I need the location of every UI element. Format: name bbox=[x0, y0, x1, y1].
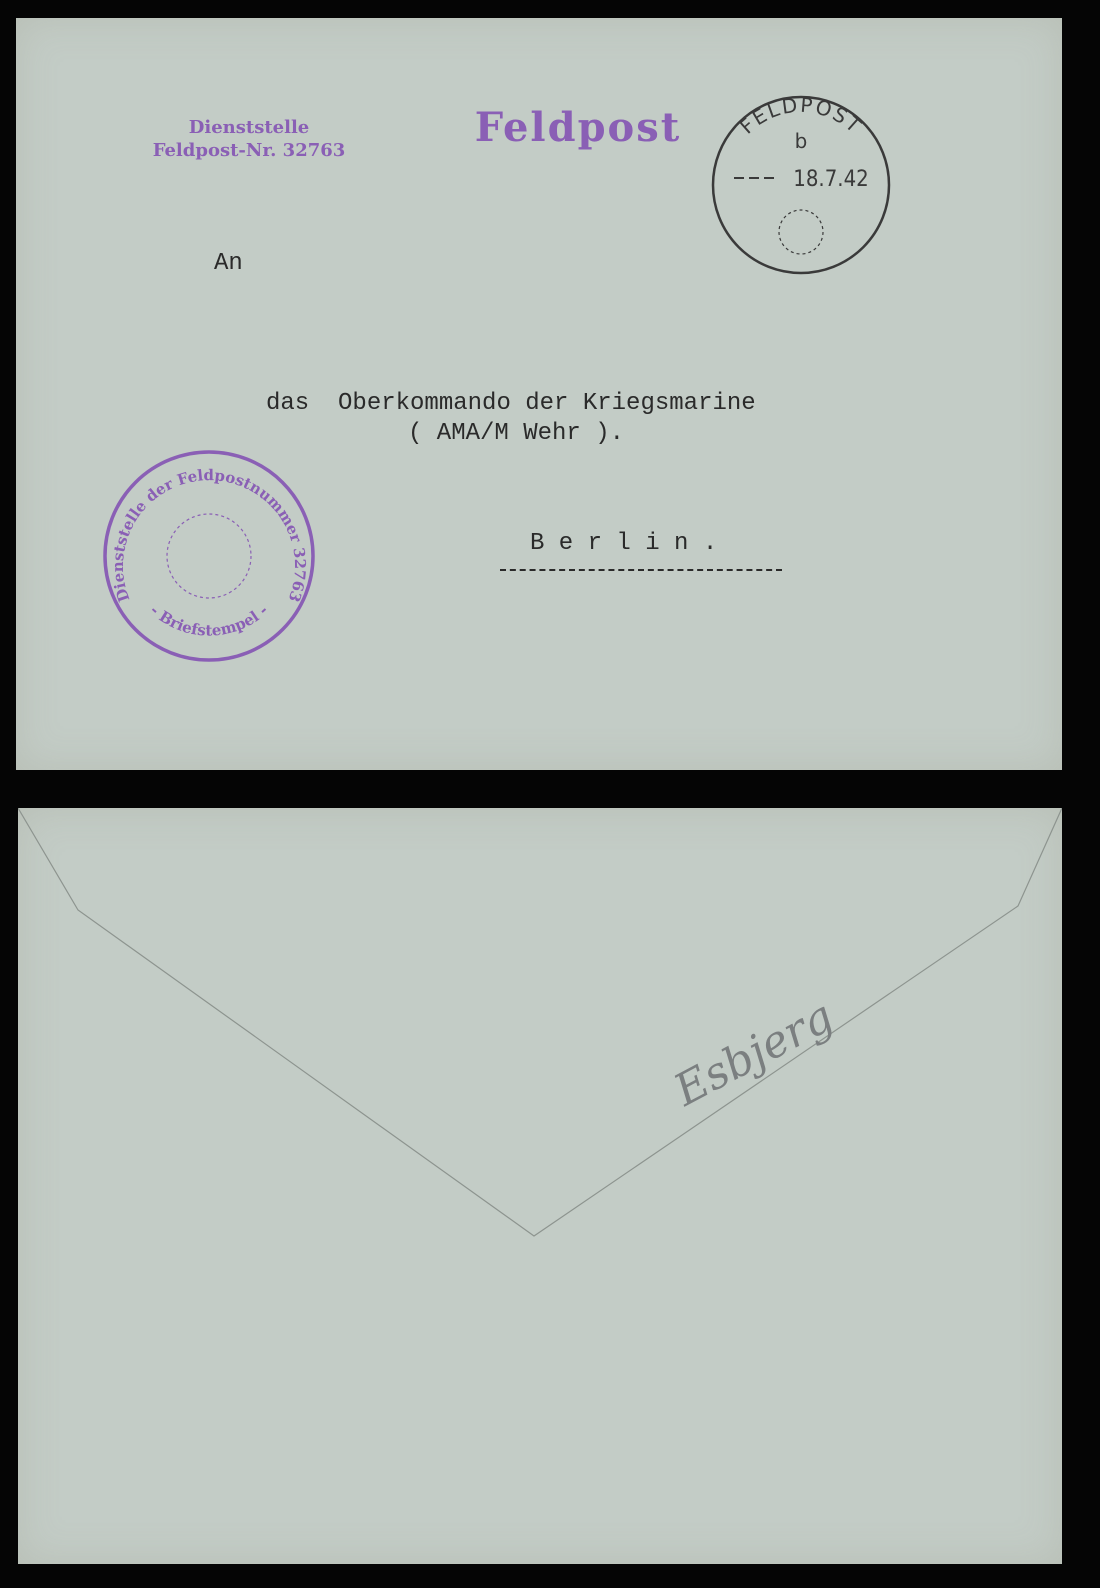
envelope-front: Dienststelle Feldpost-Nr. 32763 Feldpost… bbox=[16, 18, 1062, 770]
svg-text:b: b bbox=[795, 129, 808, 153]
address-line1: das Oberkommando der Kriegsmarine bbox=[266, 390, 756, 417]
address-line2: ( AMA/M Wehr ). bbox=[408, 420, 624, 447]
sender-stamp: Dienststelle Feldpost-Nr. 32763 bbox=[144, 116, 354, 163]
svg-text:- Briefstempel -: - Briefstempel - bbox=[147, 601, 272, 640]
address-salutation: An bbox=[214, 250, 243, 277]
sender-stamp-line1: Dienststelle bbox=[144, 116, 354, 139]
address-city: B e r l i n . bbox=[530, 530, 717, 557]
official-seal: Dienststelle der Feldpostnummer 32763 - … bbox=[98, 445, 320, 667]
emblem-placeholder bbox=[779, 210, 823, 254]
envelope-back: Esbjerg bbox=[18, 808, 1062, 1564]
postmark: FELDPOST b 18.7.42 bbox=[706, 90, 896, 280]
feldpost-heading-stamp: Feldpost bbox=[466, 102, 690, 154]
svg-text:18.7.42: 18.7.42 bbox=[793, 167, 869, 192]
envelope-flap bbox=[18, 808, 1062, 1564]
city-underline bbox=[500, 569, 782, 571]
svg-text:Dienststelle der Feldpostnumme: Dienststelle der Feldpostnummer 32763 bbox=[109, 466, 309, 604]
emblem-placeholder bbox=[167, 514, 251, 598]
sender-stamp-line2: Feldpost-Nr. 32763 bbox=[144, 139, 354, 162]
